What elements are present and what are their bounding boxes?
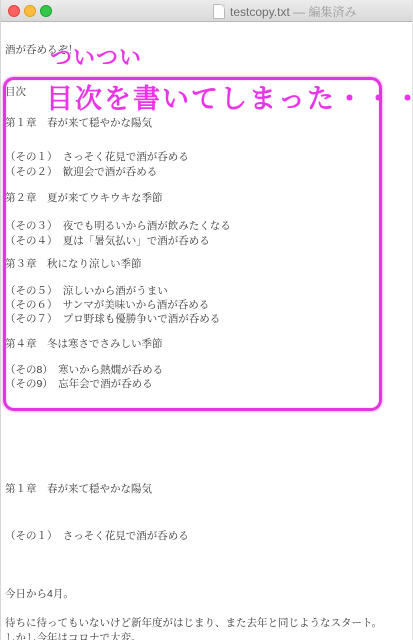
- close-button[interactable]: [8, 5, 20, 17]
- title-group: testcopy.txt — 編集済み: [213, 0, 357, 22]
- text-line: 待ちに待ってもいないけど新年度がはじまり、また去年と同じようなスタート。: [5, 617, 382, 630]
- window-title-filename: testcopy.txt: [230, 5, 290, 19]
- text-editor-area[interactable]: 酒が呑めるぞ！目次第１章 春が来て穏やかな陽気（その１） さっそく花見で酒が呑め…: [1, 22, 412, 640]
- text-line: （その8） 寒いから熱燗が呑める: [5, 364, 163, 377]
- text-line: （その５） 涼しいから酒がうまい: [5, 285, 168, 298]
- window-title-separator: —: [293, 5, 305, 19]
- text-line: （その9） 忘年会で酒が呑める: [5, 378, 153, 391]
- texteditor-window: testcopy.txt — 編集済み 酒が呑めるぞ！目次第１章 春が来て穏やか…: [0, 0, 413, 640]
- text-line: （その７） プロ野球も優勝争いで酒が呑める: [5, 313, 220, 326]
- document-icon: [213, 4, 225, 19]
- minimize-button[interactable]: [24, 5, 36, 17]
- window-controls: [8, 5, 52, 17]
- text-line: 第３章 秋になり涼しい季節: [5, 258, 142, 271]
- text-line: 今日から4月。: [5, 588, 74, 601]
- text-line: （その３） 夜でも明るいから酒が飲みたくなる: [5, 220, 231, 233]
- window-title-edited-badge: 編集済み: [309, 5, 357, 19]
- text-line: （その２） 歓迎会で酒が呑める: [5, 166, 157, 179]
- text-line: しかし今年はコロナで大変。: [5, 632, 142, 640]
- text-line: 第２章 夏が来てウキウキな季節: [5, 192, 163, 205]
- titlebar: testcopy.txt — 編集済み: [1, 0, 412, 22]
- text-line: 酒が呑めるぞ！: [5, 44, 79, 57]
- text-line: 第４章 冬は寒さでさみしい季節: [5, 338, 163, 351]
- zoom-button[interactable]: [40, 5, 52, 17]
- text-line: （その１） さっそく花見で酒が呑める: [5, 151, 189, 164]
- text-line: 第１章 春が来て穏やかな陽気: [5, 117, 152, 130]
- text-line: 目次: [5, 86, 26, 99]
- window-title: testcopy.txt — 編集済み: [230, 3, 357, 20]
- text-line: （その１） さっそく花見で酒が呑める: [5, 530, 189, 543]
- text-line: （その６） サンマが美味いから酒が呑める: [5, 299, 209, 312]
- text-line: （その４） 夏は「暑気払い」で酒が呑める: [5, 235, 210, 248]
- text-line: 第１章 春が来て穏やかな陽気: [5, 483, 152, 496]
